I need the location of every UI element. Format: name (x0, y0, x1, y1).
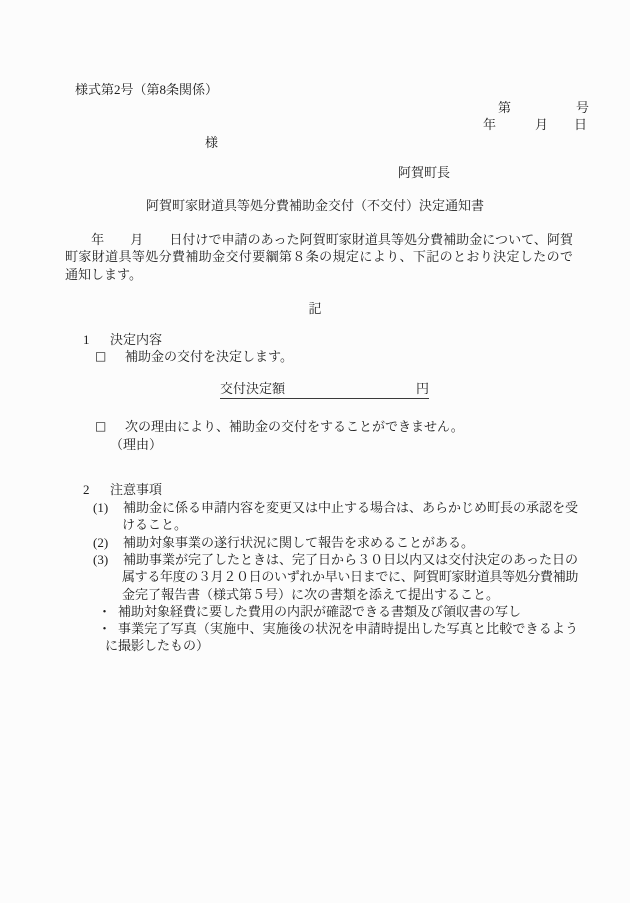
note-item-line: 金完了報告書（様式第５号）に次の書類を添えて提出すること。 (122, 586, 499, 603)
amount-blank-input[interactable] (285, 383, 416, 397)
addressee-honorific: 様 (205, 134, 218, 151)
note-item-line: 補助事業が完了したときは、完了日から３０日以内又は交付決定のあった日の (123, 551, 578, 568)
ki-marker: 記 (0, 300, 630, 317)
body-paragraph-line: 通知します。 (65, 266, 142, 283)
date-field: 年 月 日 (483, 116, 587, 133)
attachment-item-line: 事業完了写真（実施中、実施後の状況を申請時提出した写真と比較できるよう (118, 620, 578, 637)
grant-checkbox[interactable]: □ (95, 348, 106, 365)
section1-heading: 決定内容 (110, 331, 162, 348)
note-item-line: 補助金に係る申請内容を変更又は中止する場合は、あらかじめ町長の承認を受 (123, 499, 578, 516)
note-item-line: 属する年度の３月２０日のいずれか早い日までに、阿賀町家財道具等処分費補助 (122, 568, 578, 585)
grant-option-label: 補助金の交付を決定します。 (125, 348, 293, 365)
section2-number: 2 (83, 481, 90, 498)
attachment-bullet-icon: ・ (98, 603, 111, 620)
form-number-label: 様式第2号（第8条関係） (75, 81, 218, 98)
sender-name: 阿賀町長 (398, 164, 450, 181)
note-item-line: けること。 (122, 516, 187, 533)
document-page: 様式第2号（第8条関係） 第 号 年 月 日 様 阿賀町長 阿賀町家財道具等処分… (0, 0, 630, 903)
amount-unit-label: 円 (416, 381, 429, 397)
document-title: 阿賀町家財道具等処分費補助金交付（不交付）決定通知書 (0, 197, 630, 214)
deny-reason-label: （理由） (110, 436, 162, 453)
note-item-marker: (1) (93, 499, 108, 516)
deny-checkbox[interactable]: □ (95, 418, 106, 435)
amount-decided-field: 交付決定額 円 (220, 381, 429, 399)
amount-label: 交付決定額 (220, 381, 285, 397)
attachment-item-line: 補助対象経費に要した費用の内訳が確認できる書類及び領収書の写し (118, 603, 521, 620)
attachment-item-line: に撮影したもの） (105, 637, 209, 654)
attachment-bullet-icon: ・ (98, 620, 111, 637)
document-number-field: 第 号 (498, 99, 589, 116)
section1-number: 1 (83, 331, 90, 348)
section2-heading: 注意事項 (110, 481, 162, 498)
body-paragraph-line: 町家財道具等処分費補助金交付要綱第８条の規定により、下記のとおり決定したので (65, 248, 573, 265)
note-item-marker: (3) (93, 551, 108, 568)
note-item-marker: (2) (93, 534, 108, 551)
body-paragraph-line: 年 月 日付けで申請のあった阿賀町家財道具等処分費補助金について、阿賀 (65, 231, 573, 248)
note-item-line: 補助対象事業の遂行状況に関して報告を求めることがある。 (123, 534, 474, 551)
deny-option-label: 次の理由により、補助金の交付をすることができません。 (125, 418, 464, 435)
